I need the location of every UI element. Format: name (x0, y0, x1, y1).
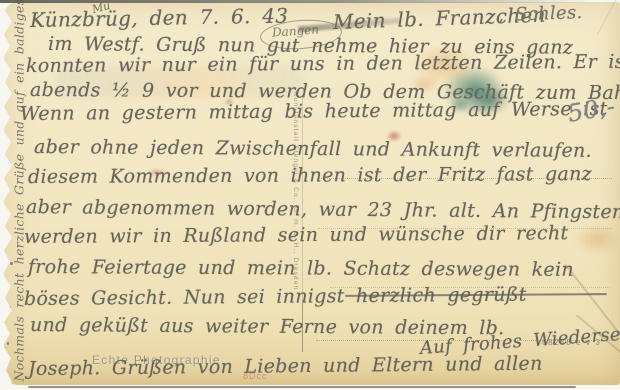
deckled-edge-left (0, 0, 16, 390)
scan-edge-bottom (28, 386, 576, 388)
postcard-scan: { "postcard": { "header": { "place_date"… (0, 0, 620, 390)
region-note: , Schles. (498, 2, 583, 26)
handwriting-line: werden wir in Rußland sein und wünsche d… (24, 222, 569, 248)
scan-edge-top (0, 0, 620, 3)
handwriting-line: diesem Kommenden von ihnen ist der Fritz… (28, 163, 592, 188)
publisher-imprint: Kunstanstalt Stengel & Co., G. m. b. H.,… (292, 92, 299, 354)
handwriting-line: böses Gesicht. Nun sei innigst herzlich … (24, 284, 527, 310)
handwriting-line: frohe Feiertage und mein lb. Schatz desw… (28, 256, 574, 281)
handwriting-line: aber ohne jeden Zwischenfall und Ankunft… (34, 136, 592, 162)
place-date: Künzbrüg, den 7. 6. 43 (30, 3, 289, 32)
handwriting-line: und geküßt aus weiter Ferne von deinem l… (30, 314, 505, 339)
pencil-dot (40, 149, 42, 151)
handwriting-line: konnten wir nur ein für uns in den letzt… (26, 51, 620, 77)
